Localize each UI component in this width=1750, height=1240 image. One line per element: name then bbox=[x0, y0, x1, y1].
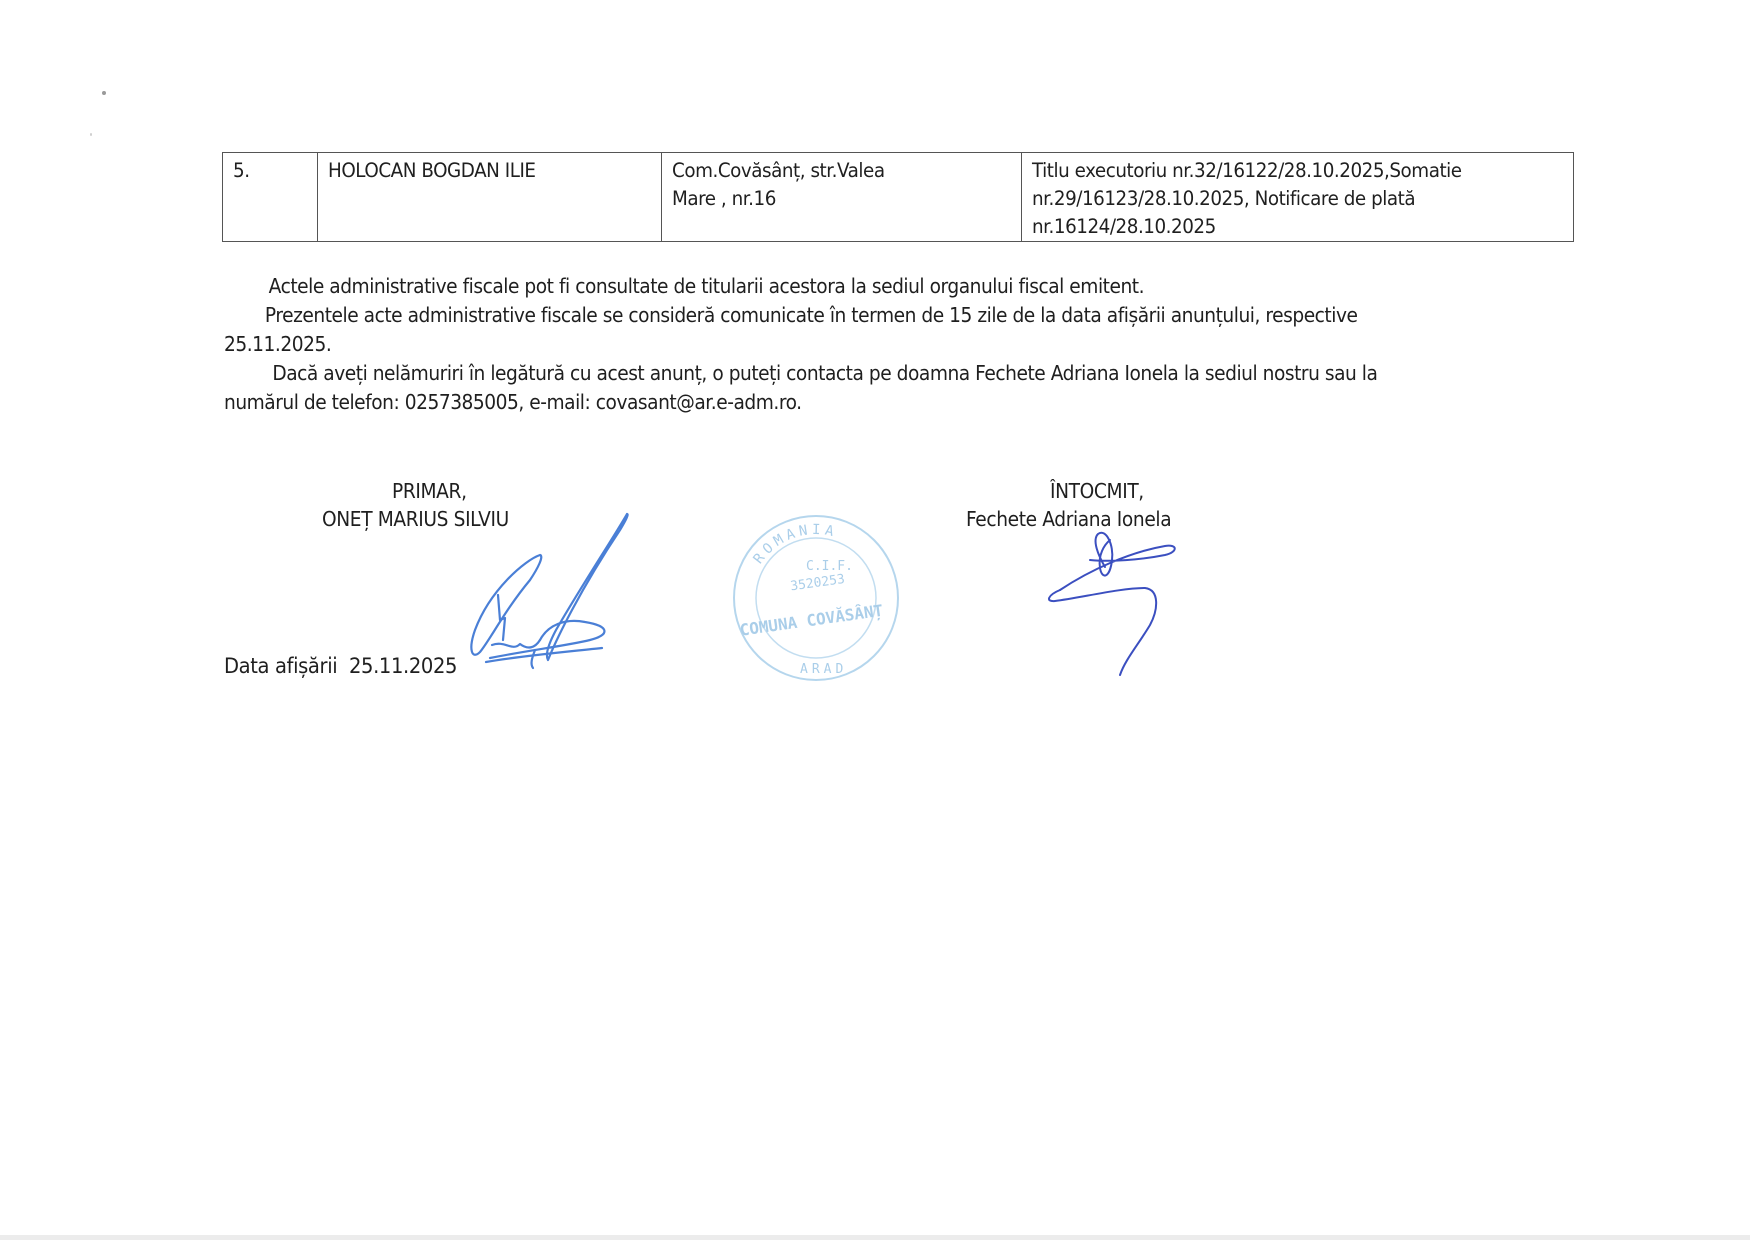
clerk-signature-icon bbox=[1049, 533, 1175, 675]
scan-edge bbox=[0, 1235, 1750, 1240]
display-date: Data afișării 25.11.2025 bbox=[224, 652, 457, 680]
scan-speck bbox=[102, 91, 106, 95]
display-date-value: 25.11.2025 bbox=[349, 654, 457, 678]
prepared-by-title: ÎNTOCMIT, bbox=[1050, 477, 1144, 505]
display-date-label: Data afișării bbox=[224, 654, 337, 678]
debtor-name: HOLOCAN BOGDAN ILIE bbox=[328, 157, 650, 185]
table-row: 5. HOLOCAN BOGDAN ILIE Com.Covăsânț, str… bbox=[223, 153, 1574, 242]
paragraph-consultation: Actele administrative fiscale pot fi con… bbox=[224, 272, 1452, 301]
debtors-table: 5. HOLOCAN BOGDAN ILIE Com.Covăsânț, str… bbox=[222, 152, 1574, 242]
official-stamp-icon: ROMANIA C.I.F. 3520253 COMUNA COVĂSÂNȚ A… bbox=[734, 516, 898, 680]
cell-address: Com.Covăsânț, str.Valea Mare , nr.16 bbox=[662, 153, 1022, 242]
cell-documents: Titlu executoriu nr.32/16122/28.10.2025,… bbox=[1022, 153, 1574, 242]
mayor-title: PRIMAR, bbox=[392, 477, 467, 505]
stamp-bottom-text: ARAD bbox=[800, 662, 847, 677]
stamp-cif-value: 3520253 bbox=[789, 572, 845, 594]
scan-speck bbox=[90, 133, 92, 136]
paragraph-contact: Dacă aveți nelămuriri în legătură cu ace… bbox=[224, 359, 1452, 417]
stamp-top-text: ROMANIA bbox=[751, 522, 840, 567]
document-page: 5. HOLOCAN BOGDAN ILIE Com.Covăsânț, str… bbox=[0, 0, 1750, 1240]
stamp-cif-label: C.I.F. bbox=[806, 559, 853, 574]
fiscal-documents: Titlu executoriu nr.32/16122/28.10.2025,… bbox=[1032, 157, 1561, 241]
cell-name: HOLOCAN BOGDAN ILIE bbox=[318, 153, 662, 242]
mayor-signature-icon bbox=[471, 514, 627, 668]
paragraph-communication: Prezentele acte administrative fiscale s… bbox=[224, 301, 1452, 359]
cell-nr: 5. bbox=[223, 153, 318, 242]
stamp-center-text: COMUNA COVĂSÂNȚ bbox=[738, 601, 884, 640]
debtor-address: Com.Covăsânț, str.Valea Mare , nr.16 bbox=[672, 157, 1010, 213]
mayor-name: ONEȚ MARIUS SILVIU bbox=[322, 505, 509, 533]
prepared-by-name: Fechete Adriana Ionela bbox=[966, 505, 1171, 533]
row-number: 5. bbox=[233, 157, 307, 185]
